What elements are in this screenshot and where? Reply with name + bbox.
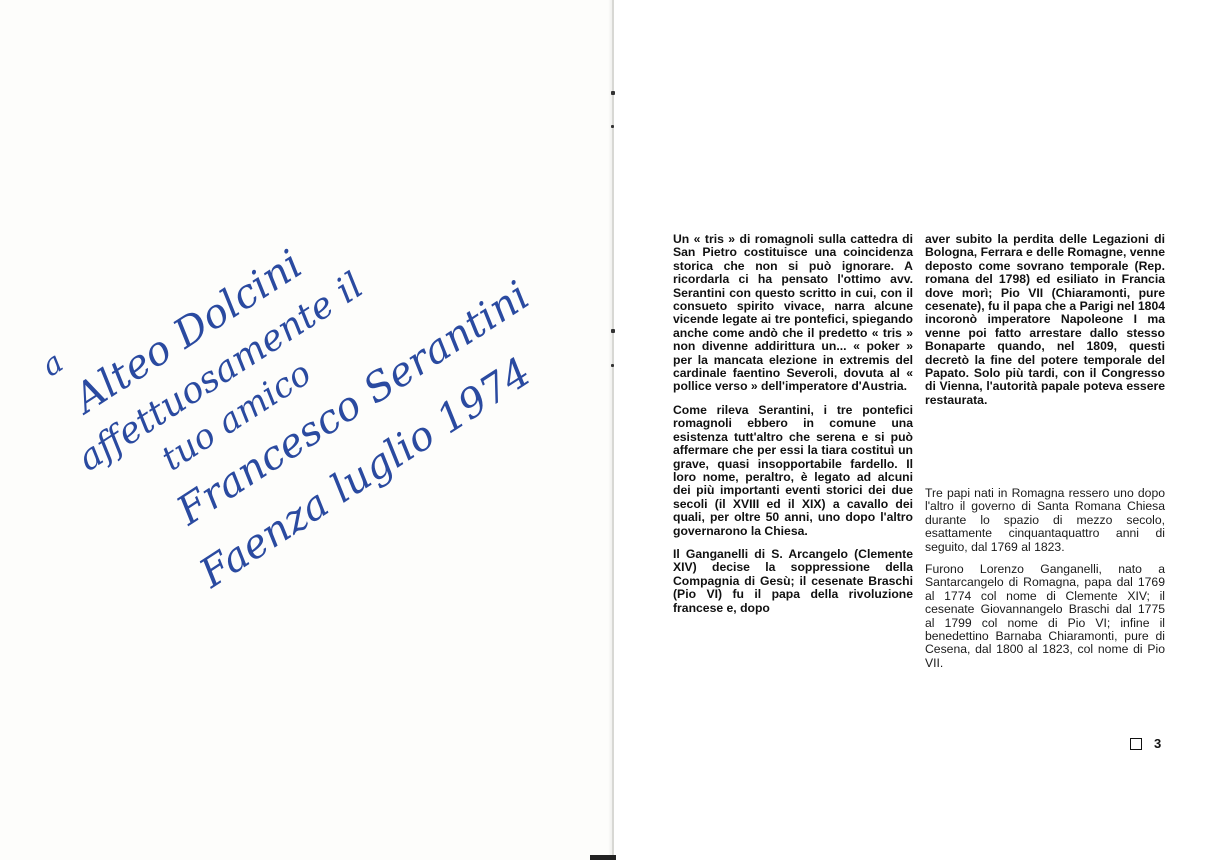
article-column-2-regular: Tre papi nati in Romagna ressero uno dop… [925,487,1165,679]
article-paragraph: Il Ganganelli di S. Arcangelo (Clemente … [673,548,913,615]
handwritten-dedication: a Alteo Dolcini affettuosamente il tuo a… [0,0,612,860]
article-paragraph: aver subito la perdita delle Legazioni d… [925,233,1165,407]
article-paragraph: Furono Lorenzo Ganganelli, nato a Santar… [925,563,1165,670]
article-paragraph: Tre papi nati in Romagna ressero uno dop… [925,487,1165,554]
dedication-svg: a Alteo Dolcini affettuosamente il tuo a… [0,0,612,860]
article-paragraph: Come rileva Serantini, i tre pontefici r… [673,404,913,538]
article-column-2-bold: aver subito la perdita delle Legazioni d… [925,233,1165,417]
page-number: 3 [1154,736,1161,751]
hollow-square-icon [1130,738,1142,750]
article-column-1: Un « tris » di romagnoli sulla cattedra … [673,233,913,625]
page-footer: 3 [1130,736,1161,751]
book-spine [612,0,614,860]
dedication-line: a [36,345,70,384]
article-paragraph: Un « tris » di romagnoli sulla cattedra … [673,233,913,394]
